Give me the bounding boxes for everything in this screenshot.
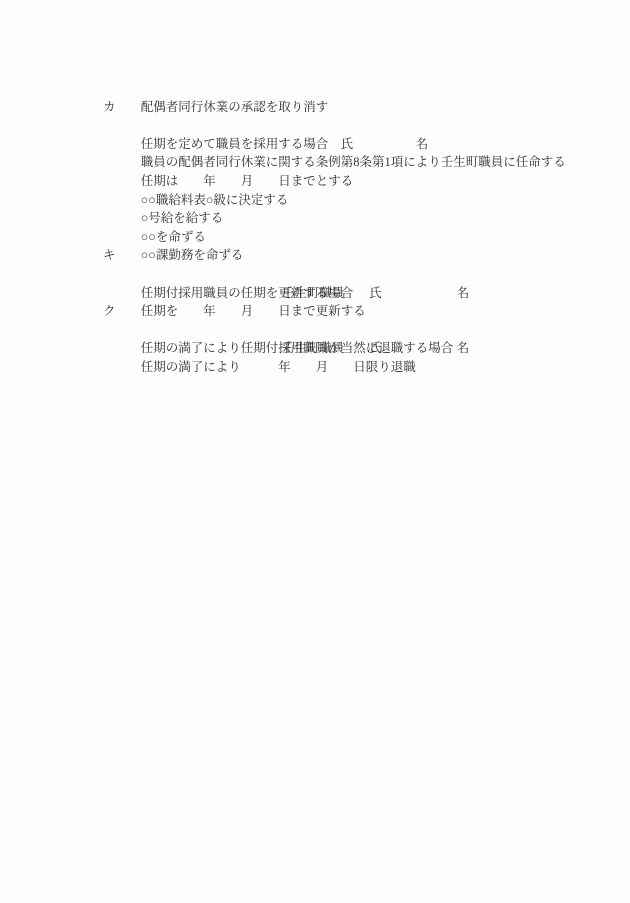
line-cancel-approval: 配偶者同行休業の承認を取り消す — [0, 79, 630, 98]
line-item-ki-heading: キ 任期付採用職員の任期を更新する場合 — [0, 246, 630, 265]
line-text: 任期の満了により 年 月 日限り退職 — [141, 360, 416, 374]
line-assignment-order: ○○を命ずる — [0, 209, 630, 228]
line-term-renewal: 任期を 年 月 日まで更新する — [0, 284, 630, 303]
line-salary-grade: ○号給を給する — [0, 191, 630, 210]
document-body: 配偶者同行休業の承認を取り消す カ 任期を定めて職員を採用する場合 氏 名 職員… — [0, 79, 630, 358]
line-appointment-clause: 職員の配偶者同行休業に関する条例第8条第1項により壬生町職員に任命する — [0, 135, 630, 154]
line-salary-table: ○○職給料表○級に決定する — [0, 172, 630, 191]
line-retirement-on-expiry: 任期の満了により 年 月 日限り退職 — [0, 339, 630, 358]
line-item-ka-heading: カ 任期を定めて職員を採用する場合 — [0, 98, 630, 117]
list-marker-ka: カ — [103, 98, 116, 117]
line-name-field-3: 壬生町職員 氏 名 — [0, 321, 630, 340]
document-page: 配偶者同行休業の承認を取り消す カ 任期を定めて職員を採用する場合 氏 名 職員… — [0, 0, 630, 903]
line-section-duty-order: ○○課勤務を命ずる — [0, 228, 630, 247]
line-name-field-1: 氏 名 — [0, 116, 630, 135]
list-marker-ki: キ — [103, 246, 116, 265]
list-marker-ku: ク — [103, 302, 116, 321]
line-term-until: 任期は 年 月 日までとする — [0, 153, 630, 172]
line-item-ku-heading: ク 任期の満了により任期付採用職員が当然に退職する場合 — [0, 302, 630, 321]
line-name-field-2: 壬生町職員 氏 名 — [0, 265, 630, 284]
